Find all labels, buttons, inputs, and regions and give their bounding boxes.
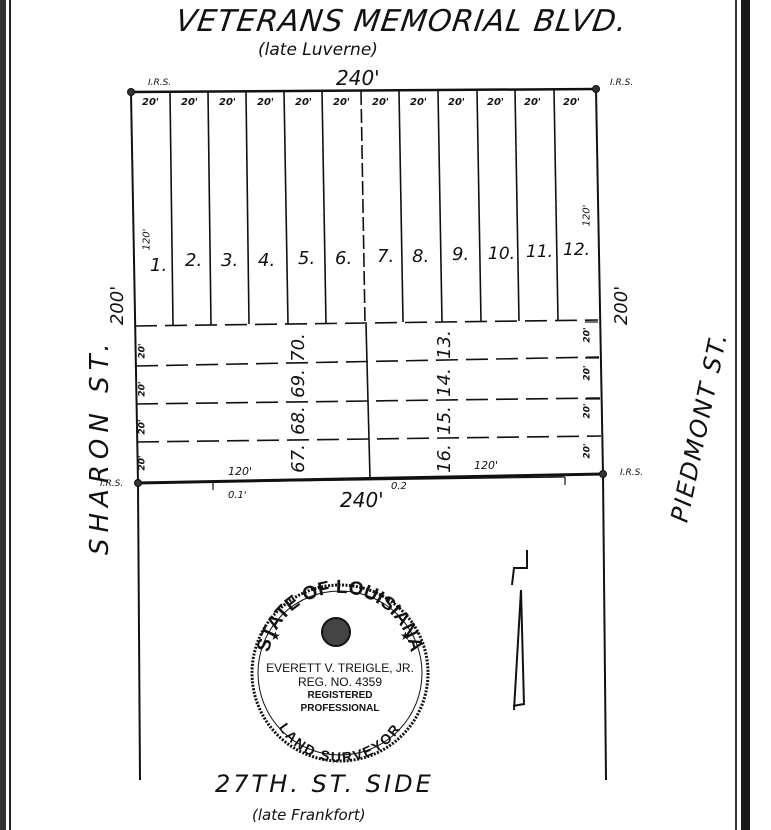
lot-depth-right: 120' <box>581 205 592 227</box>
lot-width: 20' <box>138 343 148 358</box>
seal-name: EVERETT V. TREIGLE, JR. <box>255 661 425 675</box>
lot-width: 20' <box>563 97 580 108</box>
bottom-right-segment: 120' <box>474 459 498 472</box>
lot-width: 20' <box>333 97 350 108</box>
bottom-dimension: 240' <box>340 488 384 512</box>
corner-tr-label: I.R.S. <box>610 78 633 88</box>
seal-reg: REG. NO. 4359 <box>255 675 425 689</box>
lot-number: 70. <box>288 333 309 362</box>
lot-number: 2. <box>185 250 202 271</box>
lot-width: 20' <box>138 455 148 470</box>
lot-width: 20' <box>583 403 593 418</box>
lot-width: 20' <box>583 365 593 380</box>
lot-width: 20' <box>448 97 465 108</box>
lot-width: 20' <box>138 381 148 396</box>
offset-left: 0.1' <box>228 490 247 501</box>
lot-width: 20' <box>410 97 427 108</box>
seal-line3: REGISTERED <box>255 690 425 701</box>
lot-width: 20' <box>138 419 148 434</box>
bottom-left-segment: 120' <box>228 465 252 478</box>
top-street-former: (late Luverne) <box>258 40 378 60</box>
offset-center: 0.2 <box>391 481 407 492</box>
lot-depth-left: 120' <box>141 229 152 251</box>
lot-width: 20' <box>257 97 274 108</box>
left-street-name: SHARON ST. <box>85 315 115 555</box>
lot-number: 1. <box>150 255 167 276</box>
right-dimension: 200' <box>611 286 632 325</box>
corner-tl-label: I.R.S. <box>148 78 171 88</box>
lot-number: 6. <box>335 248 352 269</box>
lot-number: 12. <box>563 240 590 260</box>
top-dimension: 240' <box>336 66 380 90</box>
corner-br-label: I.R.S. <box>620 468 643 478</box>
lot-width: 20' <box>583 327 593 342</box>
lot-number: 67. <box>288 444 309 473</box>
lot-number: 68. <box>288 406 309 435</box>
lot-number: 10. <box>488 244 515 264</box>
lot-number: 8. <box>412 246 429 267</box>
top-street-name: VETERANS MEMORIAL BLVD. <box>174 4 630 39</box>
lot-number: 14. <box>434 368 455 397</box>
lot-width: 20' <box>487 97 504 108</box>
lot-number: 5. <box>298 248 315 269</box>
lot-number: 9. <box>452 244 469 265</box>
bottom-street-name: 27TH. ST. SIDE <box>215 770 434 798</box>
lot-number: 69. <box>288 369 309 398</box>
lot-number: 11. <box>526 242 553 262</box>
lot-number: 7. <box>377 246 394 267</box>
lot-number: 16. <box>434 444 455 473</box>
lot-number: 15. <box>434 406 455 435</box>
seal-line4: PROFESSIONAL <box>255 703 425 714</box>
lot-number: 3. <box>221 250 238 271</box>
lot-width: 20' <box>142 97 159 108</box>
lot-width: 20' <box>295 97 312 108</box>
bottom-street-former: (late Frankfort) <box>252 806 366 824</box>
lot-width: 20' <box>219 97 236 108</box>
lot-width: 20' <box>372 97 389 108</box>
lot-width: 20' <box>583 443 593 458</box>
lot-number: 13. <box>434 330 455 359</box>
lot-width: 20' <box>181 97 198 108</box>
lot-number: 4. <box>258 250 275 271</box>
lot-width: 20' <box>524 97 541 108</box>
north-arrow-icon <box>512 550 527 710</box>
